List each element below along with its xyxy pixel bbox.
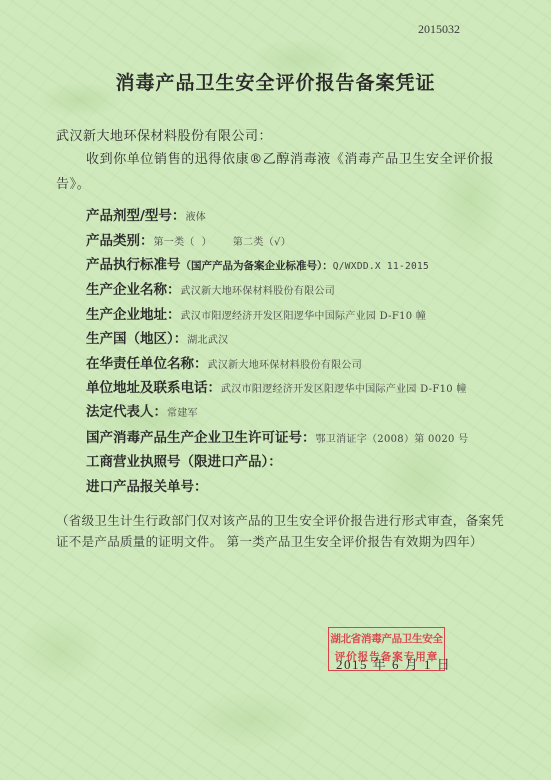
issue-date: 2015 年 6 月 1 日 <box>336 654 451 673</box>
field-value: Q/WXDD.X 11-2015 <box>333 261 429 272</box>
field-standard-number: 产品执行标准号（国产产品为备案企业标准号）：Q/WXDD.X 11-2015 <box>86 253 429 273</box>
field-label: 法定代表人： <box>86 404 167 420</box>
field-note: （国产产品为备案企业标准号）： <box>181 260 333 272</box>
field-hygiene-license: 国产消毒产品生产企业卫生许可证号：鄂卫消证字（2008）第 0020 号 <box>86 426 468 446</box>
field-label: 进口产品报关单号： <box>86 479 208 495</box>
field-label: 产品剂型/型号： <box>86 208 185 224</box>
field-dosage-form: 产品剂型/型号：液体 <box>86 204 206 224</box>
field-country-region: 生产国（地区）：湖北武汉 <box>86 327 228 347</box>
footnote: （省级卫生计生行政部门仅对该产品的卫生安全评价报告进行形式审查，备案凭证不是产品… <box>56 510 506 552</box>
field-value: 第一类（ ） 第二类（√） <box>154 237 292 248</box>
field-value: 鄂卫消证字（2008）第 0020 号 <box>316 434 469 445</box>
field-value: 常建军 <box>167 408 198 419</box>
field-label: 生产企业名称： <box>86 282 181 298</box>
intro-paragraph: 收到你单位销售的迅得依康®乙醇消毒液《消毒产品卫生安全评价报告》。 <box>56 147 506 197</box>
field-value: 武汉新大地环保材料股份有限公司 <box>208 360 363 371</box>
field-legal-representative: 法定代表人：常建军 <box>86 400 198 420</box>
field-value: 武汉市阳逻经济开发区阳逻华中国际产业园 D-F10 幢 <box>221 384 467 395</box>
field-label: 生产国（地区）： <box>86 331 187 347</box>
field-label: 产品执行标准号 <box>86 257 181 273</box>
field-value: 液体 <box>185 212 206 223</box>
field-unit-address-phone: 单位地址及联系电话：武汉市阳逻经济开发区阳逻华中国际产业园 D-F10 幢 <box>86 376 467 396</box>
field-product-category: 产品类别：第一类（ ） 第二类（√） <box>86 229 291 249</box>
stamp-line-1: 湖北省消毒产品卫生安全 <box>329 630 444 648</box>
field-label: 在华责任单位名称： <box>86 356 208 372</box>
field-value: 武汉市阳逻经济开发区阳逻华中国际产业园 D-F10 幢 <box>181 311 427 322</box>
field-value: 武汉新大地环保材料股份有限公司 <box>181 286 336 297</box>
field-label: 单位地址及联系电话： <box>86 380 221 396</box>
field-label: 生产企业地址： <box>86 307 181 323</box>
field-responsible-unit: 在华责任单位名称：武汉新大地环保材料股份有限公司 <box>86 352 362 372</box>
field-label: 国产消毒产品生产企业卫生许可证号： <box>86 430 316 446</box>
field-manufacturer-name: 生产企业名称：武汉新大地环保材料股份有限公司 <box>86 278 335 298</box>
field-label: 工商营业执照号（限进口产品）： <box>86 454 282 470</box>
field-label: 产品类别： <box>86 233 154 249</box>
field-value: 湖北武汉 <box>187 335 228 346</box>
document-title: 消毒产品卫生安全评价报告备案凭证 <box>0 68 551 95</box>
field-business-license: 工商营业执照号（限进口产品）： <box>86 450 282 470</box>
recipient: 武汉新大地环保材料股份有限公司： <box>56 125 272 144</box>
field-customs-declaration: 进口产品报关单号： <box>86 475 208 495</box>
field-manufacturer-address: 生产企业地址：武汉市阳逻经济开发区阳逻华中国际产业园 D-F10 幢 <box>86 303 426 323</box>
document-number: 2015032 <box>418 22 460 37</box>
